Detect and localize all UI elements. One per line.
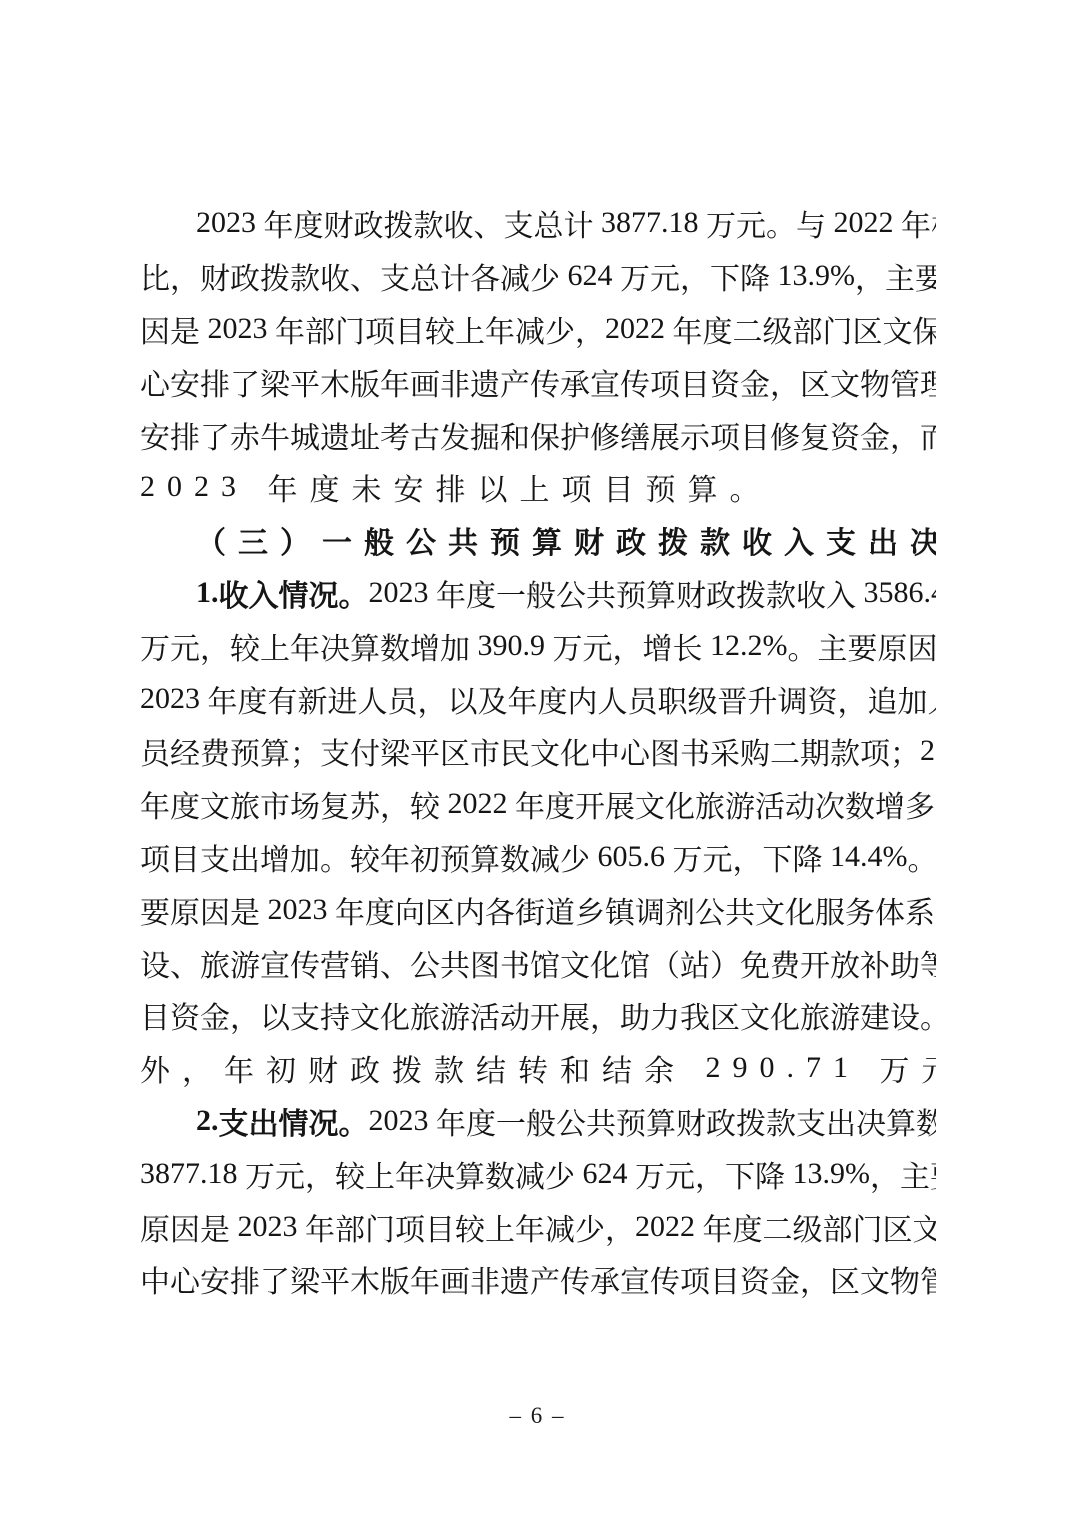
text-line: 安排了赤牛城遗址考古发掘和保护修缮展示项目修复资金，而 — [140, 408, 936, 461]
text-line: 2.支出情况。2023 年度一般公共预算财政拨款支出决算数 — [140, 1095, 936, 1148]
text-line: 要原因是 2023 年度向区内各街道乡镇调剂公共文化服务体系建 — [140, 883, 936, 936]
text-line: 员经费预算；支付梁平区市民文化中心图书采购二期款项；2023 — [140, 725, 936, 778]
section-heading: （三）一般公共预算财政拨款收入支出决算情况说明。 — [140, 514, 936, 567]
text-line: 目资金，以支持文化旅游活动开展，助力我区文化旅游建设。此 — [140, 989, 936, 1042]
document-body: 2023 年度财政拨款收、支总计 3877.18 万元。与 2022 年相比，财… — [140, 197, 936, 1306]
text-line: 中心安排了梁平木版年画非遗产传承宣传项目资金，区文物管理 — [140, 1253, 936, 1306]
text-line: 2023 年度财政拨款收、支总计 3877.18 万元。与 2022 年相 — [140, 197, 936, 250]
page-number: – 6 – — [0, 1403, 1075, 1429]
text-line: 2023 年度未安排以上项目预算。 — [140, 461, 936, 514]
text-line: 外，年初财政拨款结转和结余 290.71 万元。 — [140, 1042, 936, 1095]
text-line: 比，财政拨款收、支总计各减少 624 万元，下降 13.9%，主要原 — [140, 250, 936, 303]
text-line: 因是 2023 年部门项目较上年减少，2022 年度二级部门区文保中 — [140, 303, 936, 356]
text-line: 心安排了梁平木版年画非遗产传承宣传项目资金，区文物管理所 — [140, 355, 936, 408]
text-line: 1.收入情况。2023 年度一般公共预算财政拨款收入 3586.47 — [140, 567, 936, 620]
text-line: 2023 年度有新进人员，以及年度内人员职级晋升调资，追加人 — [140, 672, 936, 725]
document-page: 2023 年度财政拨款收、支总计 3877.18 万元。与 2022 年相比，财… — [0, 0, 1075, 1520]
text-line: 项目支出增加。较年初预算数减少 605.6 万元，下降 14.4%。主 — [140, 831, 936, 884]
text-line: 原因是 2023 年部门项目较上年减少，2022 年度二级部门区文保 — [140, 1200, 936, 1253]
text-line: 3877.18 万元，较上年决算数减少 624 万元，下降 13.9%，主要 — [140, 1147, 936, 1200]
text-line: 万元，较上年决算数增加 390.9 万元，增长 12.2%。主要原因是 — [140, 619, 936, 672]
text-line: 年度文旅市场复苏，较 2022 年度开展文化旅游活动次数增多， — [140, 778, 936, 831]
text-line: 设、旅游宣传营销、公共图书馆文化馆（站）免费开放补助等项 — [140, 936, 936, 989]
